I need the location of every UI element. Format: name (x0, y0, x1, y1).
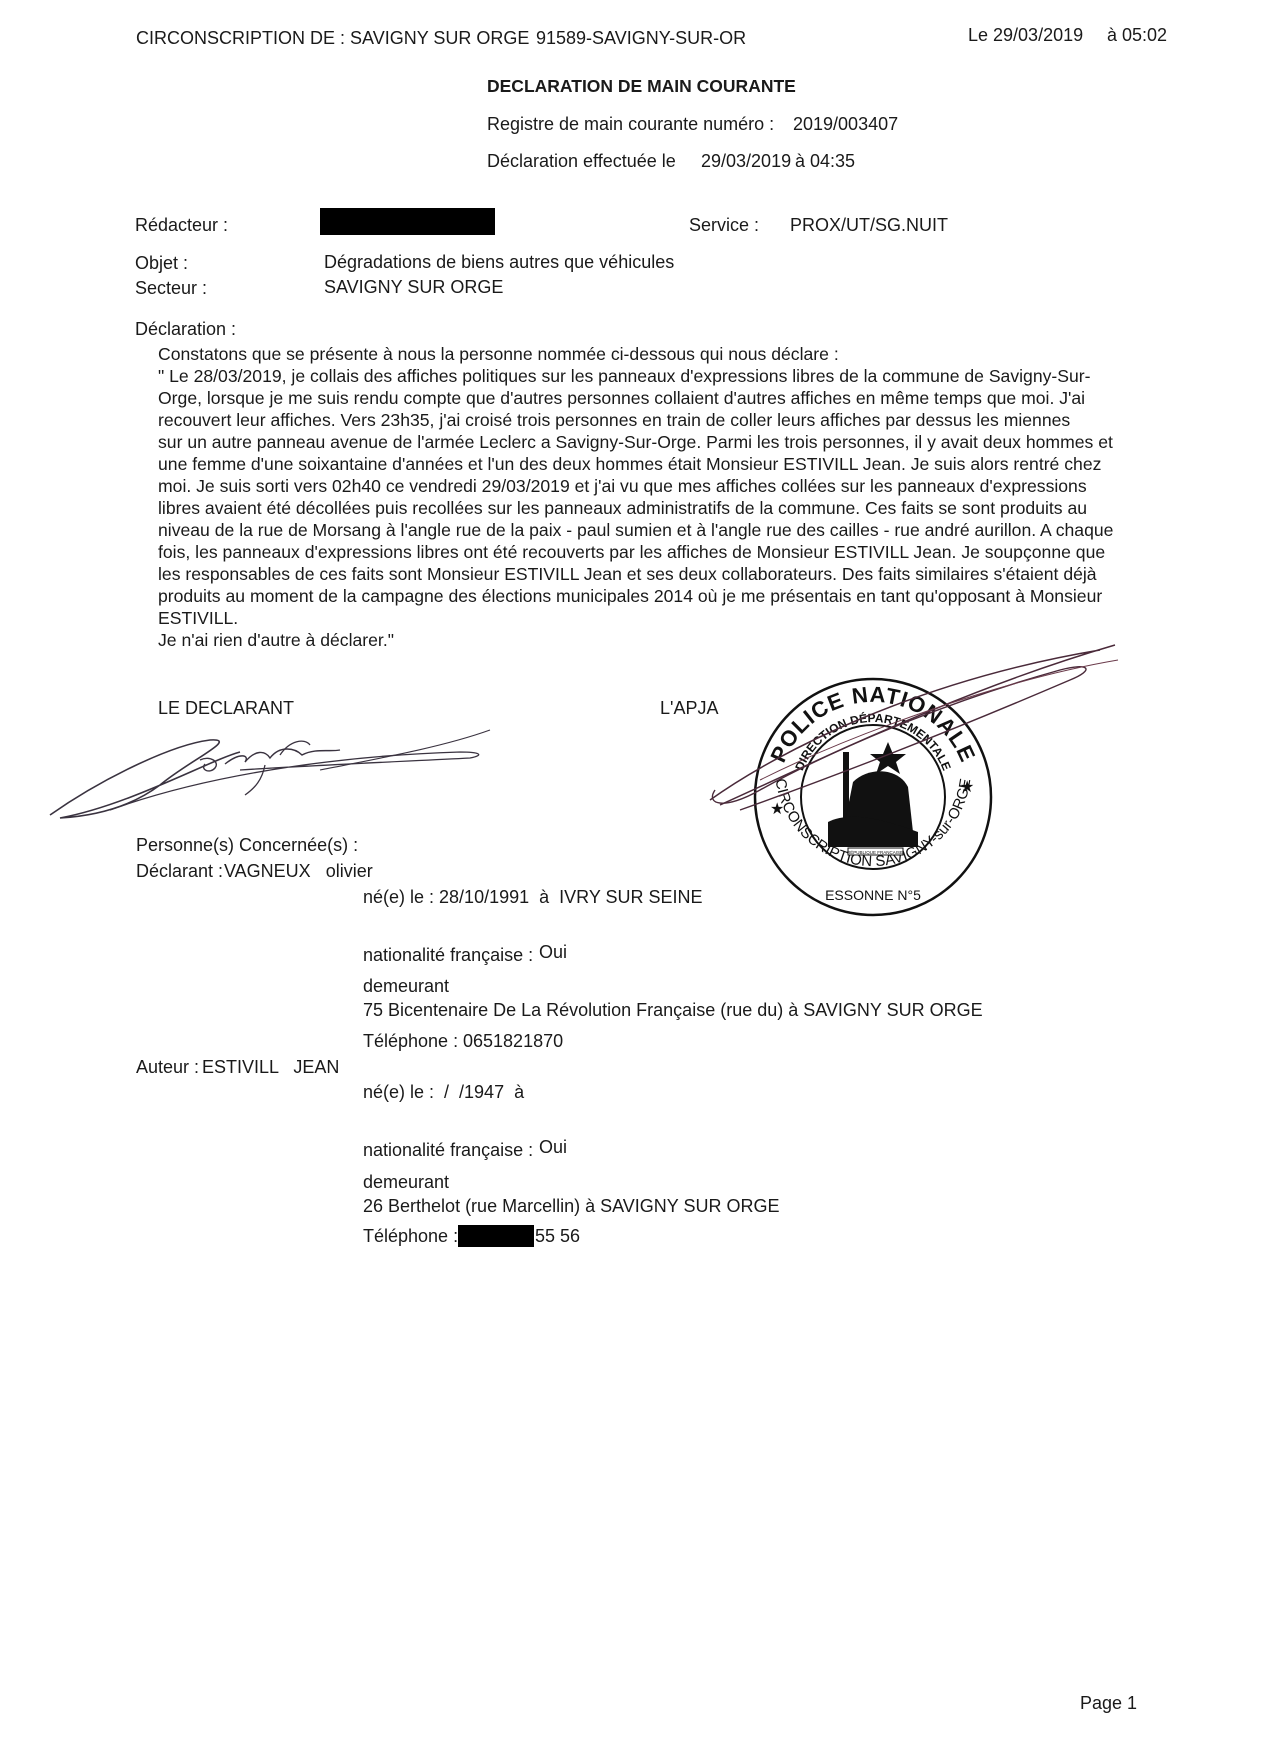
redacteur-label: Rédacteur : (135, 215, 228, 235)
svg-text:RÉPUBLIQUE FRANÇAISE: RÉPUBLIQUE FRANÇAISE (847, 849, 903, 855)
declaration-date-label: Déclaration effectuée le (487, 151, 676, 171)
declaration-label: Déclaration : (135, 319, 236, 339)
declaration-line: Orge, lorsque je me suis rendu compte qu… (158, 387, 1098, 409)
declarant-address: 75 Bicentenaire De La Révolution Françai… (363, 1000, 983, 1020)
page-number: Page 1 (1080, 1693, 1137, 1713)
declaration-line: Constatons que se présente à nous la per… (158, 343, 1098, 365)
declaration-line: une femme d'une soixantaine d'années et … (158, 453, 1098, 475)
circonscription-code: 91589-SAVIGNY-SUR-OR (536, 28, 746, 48)
declaration-line: ESTIVILL. (158, 607, 1098, 629)
declaration-line: les responsables de ces faits sont Monsi… (158, 563, 1098, 585)
svg-text:ESSONNE N°5: ESSONNE N°5 (825, 887, 921, 903)
objet-label: Objet : (135, 253, 188, 273)
registre-label: Registre de main courante numéro : (487, 114, 774, 134)
apja-signature (700, 640, 1120, 820)
declaration-time: à 04:35 (795, 151, 855, 171)
service-label: Service : (689, 215, 759, 235)
declaration-line: " Le 28/03/2019, je collais des affiches… (158, 365, 1098, 387)
circonscription-label: CIRCONSCRIPTION DE : SAVIGNY SUR ORGE (136, 28, 529, 48)
auteur-nationality: Oui (539, 1137, 567, 1157)
redacteur-redaction (320, 208, 495, 235)
secteur-label: Secteur : (135, 278, 207, 298)
declaration-line: libres avaient été décollées puis recoll… (158, 497, 1098, 519)
declaration-line: fois, les panneaux d'expressions libres … (158, 541, 1098, 563)
auteur-name: ESTIVILL JEAN (202, 1057, 339, 1077)
declarant-phone-label: Téléphone : (363, 1031, 458, 1051)
declaration-line: moi. Je suis sorti vers 02h40 ce vendred… (158, 475, 1098, 497)
auteur-nationality-label: nationalité française : (363, 1140, 533, 1160)
declaration-date: 29/03/2019 (701, 151, 791, 171)
auteur-phone-visible: 55 56 (535, 1226, 580, 1246)
persons-label: Personne(s) Concernée(s) : (136, 835, 358, 855)
declarant-residing-label: demeurant (363, 976, 449, 996)
declaration-line: niveau de la rue de Morsang à l'angle ru… (158, 519, 1098, 541)
document-title: DECLARATION DE MAIN COURANTE (487, 76, 796, 96)
declaration-line: produits au moment de la campagne des él… (158, 585, 1098, 607)
declarant-nationality: Oui (539, 942, 567, 962)
declarant-phone: 0651821870 (463, 1031, 563, 1051)
auteur-phone-redaction (458, 1225, 534, 1247)
auteur-birth: né(e) le : / /1947 à (363, 1082, 524, 1102)
print-time: à 05:02 (1107, 25, 1167, 45)
declarant-birth: né(e) le : 28/10/1991 à IVRY SUR SEINE (363, 887, 703, 907)
declarant-nationality-label: nationalité française : (363, 945, 533, 965)
declaration-line: recouvert leur affiches. Vers 23h35, j'a… (158, 409, 1098, 431)
auteur-address: 26 Berthelot (rue Marcellin) à SAVIGNY S… (363, 1196, 779, 1216)
secteur-value: SAVIGNY SUR ORGE (324, 277, 503, 297)
objet-value: Dégradations de biens autres que véhicul… (324, 252, 674, 272)
auteur-phone-label: Téléphone : (363, 1226, 458, 1246)
print-date: Le 29/03/2019 (968, 25, 1083, 45)
auteur-residing-label: demeurant (363, 1172, 449, 1192)
declarant-role: Déclarant : (136, 861, 223, 881)
declarant-name: VAGNEUX olivier (224, 861, 373, 881)
declaration-text: Constatons que se présente à nous la per… (158, 343, 1098, 651)
auteur-role: Auteur : (136, 1057, 199, 1077)
service-value: PROX/UT/SG.NUIT (790, 215, 948, 235)
declaration-line: sur un autre panneau avenue de l'armée L… (158, 431, 1098, 453)
registre-number: 2019/003407 (793, 114, 898, 134)
declarant-signature (40, 700, 500, 830)
